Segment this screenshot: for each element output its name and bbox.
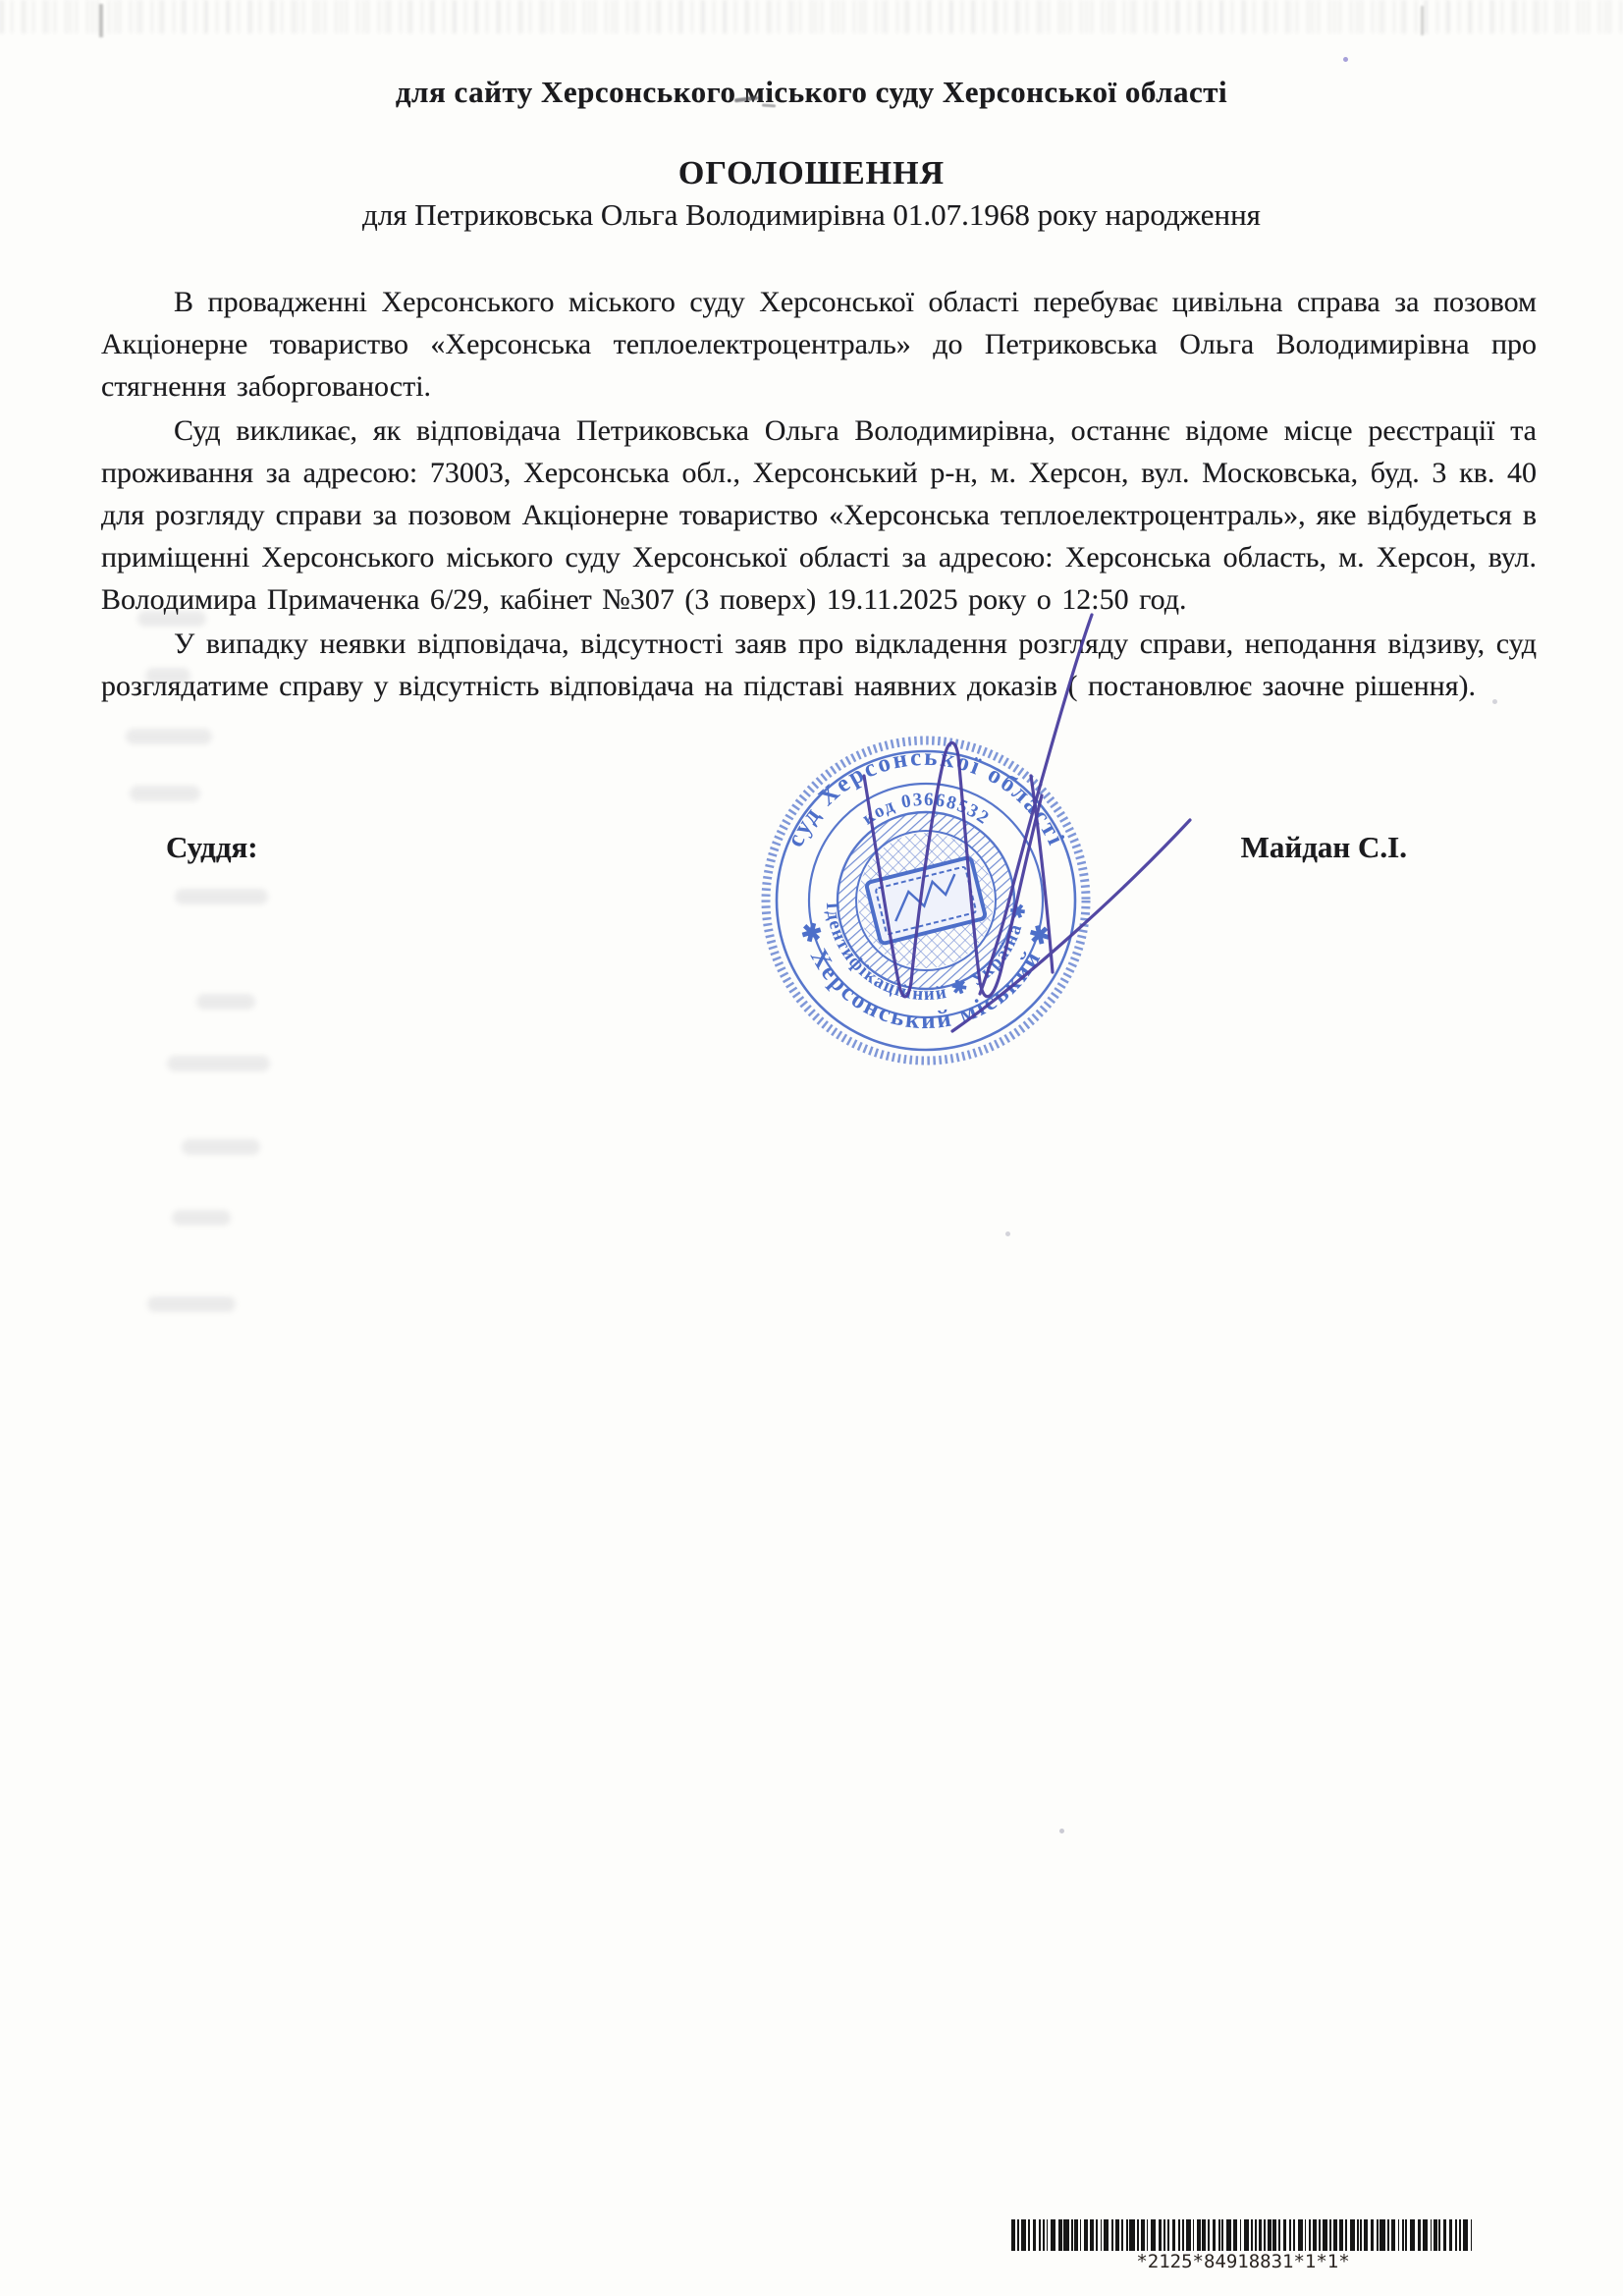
bleedthrough-smudge bbox=[145, 668, 190, 683]
barcode-icon bbox=[1011, 2219, 1475, 2251]
bleedthrough-smudge bbox=[182, 1139, 260, 1155]
court-seal-stamp: суд Херсонської області ✱ Херсонський мі… bbox=[754, 729, 1098, 1072]
ink-speck bbox=[1005, 1231, 1010, 1236]
bleedthrough-smudge bbox=[130, 786, 200, 801]
scanner-noise-band bbox=[0, 0, 1623, 33]
barcode-text: *2125*84918831*1*1* bbox=[1011, 2251, 1475, 2272]
bleedthrough-smudge bbox=[137, 611, 206, 627]
scan-edge-streak bbox=[99, 4, 103, 37]
judge-name: Майдан С.І. bbox=[1241, 830, 1537, 865]
court-seal-icon: суд Херсонської області ✱ Херсонський мі… bbox=[754, 729, 1098, 1072]
paragraph-consequences: У випадку неявки відповідача, відсутност… bbox=[101, 623, 1537, 707]
document-header: для сайту Херсонського міського суду Хер… bbox=[0, 75, 1623, 110]
bleedthrough-smudge bbox=[196, 994, 255, 1010]
judge-label: Суддя: bbox=[101, 830, 258, 865]
paragraph-case-info: В провадженні Херсонського міського суду… bbox=[101, 281, 1537, 408]
bleedthrough-smudge bbox=[172, 1210, 231, 1226]
scan-edge-streak bbox=[1421, 6, 1424, 35]
document-title: ОГОЛОШЕННЯ bbox=[0, 155, 1623, 192]
scanned-court-announcement: для сайту Херсонського міського суду Хер… bbox=[0, 0, 1623, 2296]
barcode-block: *2125*84918831*1*1* bbox=[1011, 2219, 1475, 2272]
ink-speck bbox=[1492, 699, 1497, 704]
bleedthrough-smudge bbox=[167, 1056, 270, 1071]
bleedthrough-smudge bbox=[126, 729, 212, 744]
bleedthrough-smudge bbox=[147, 1296, 236, 1312]
bleedthrough-smudge bbox=[175, 889, 268, 904]
document-body: В провадженні Херсонського міського суду… bbox=[101, 281, 1537, 709]
paragraph-summons: Суд викликає, як відповідача Петриковськ… bbox=[101, 410, 1537, 621]
document-subtitle: для Петриковська Ольга Володимирівна 01.… bbox=[0, 197, 1623, 233]
ink-speck bbox=[1343, 57, 1348, 62]
ink-speck bbox=[1059, 1829, 1064, 1833]
